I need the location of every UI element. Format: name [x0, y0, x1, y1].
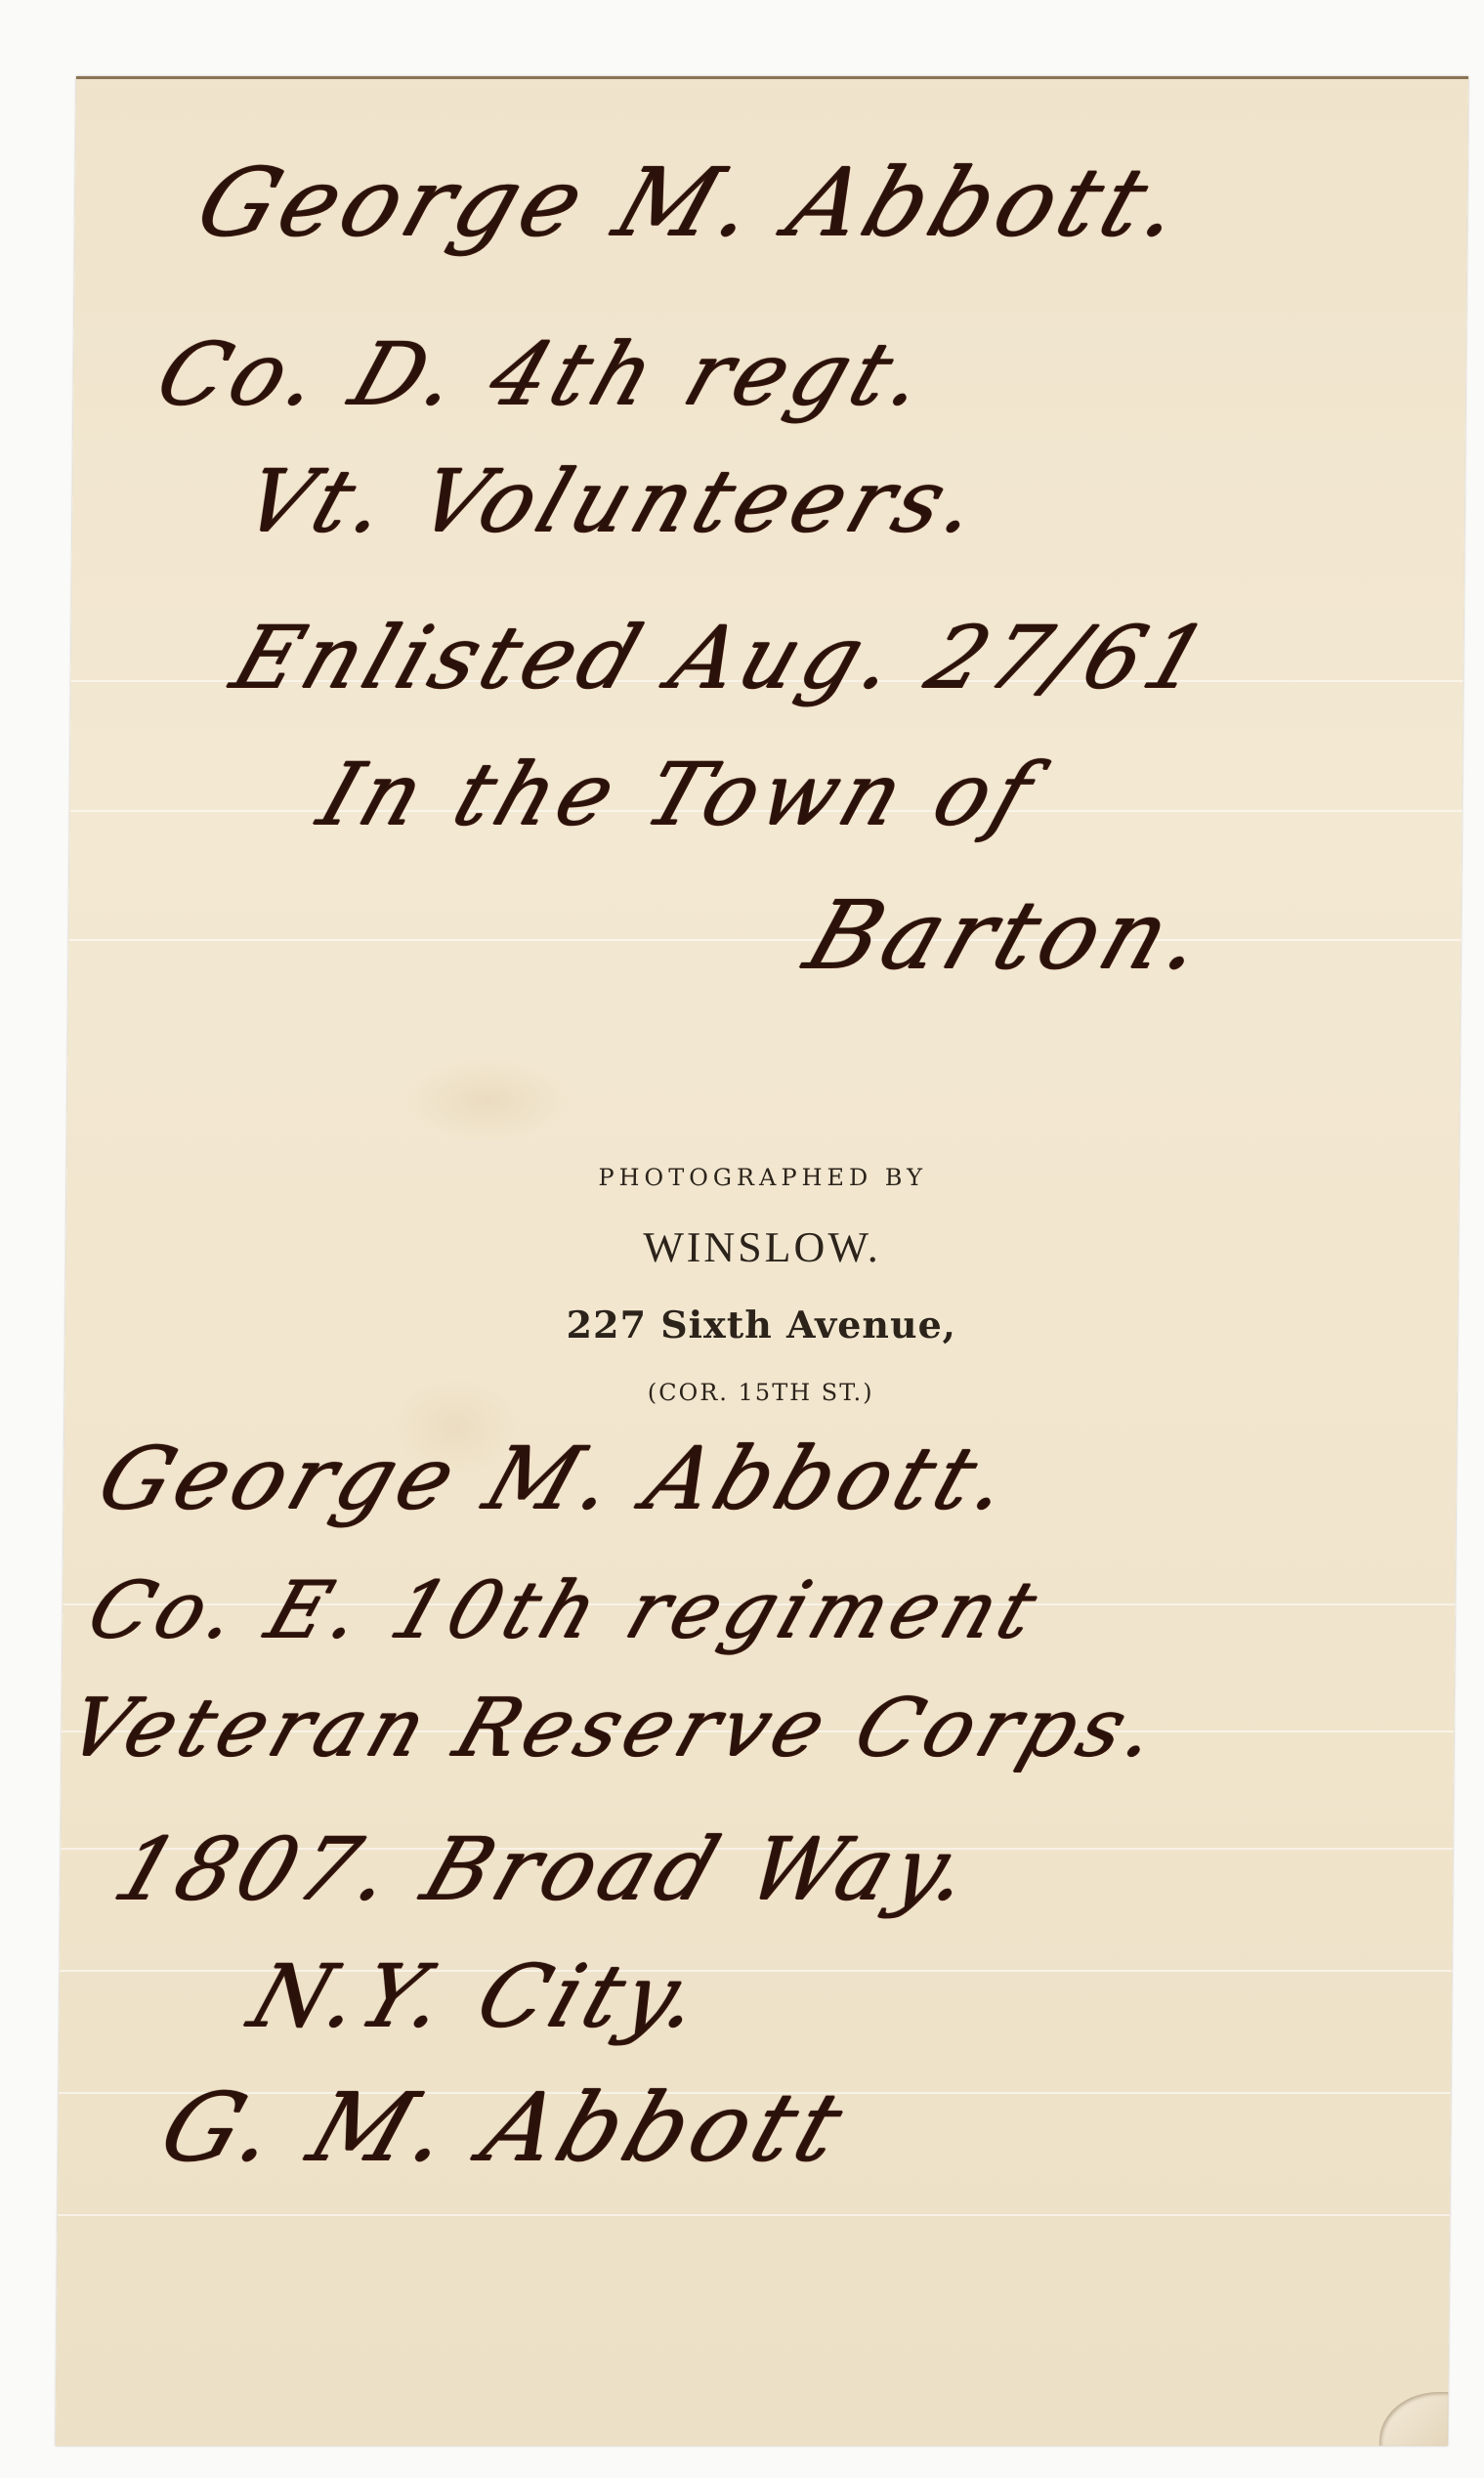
imprint-cross-street: (COR. 15TH ST.) — [64, 1379, 1457, 1406]
inscription-line: In the Town of — [307, 744, 1049, 844]
inscription-line: Co. E. 10th regiment — [77, 1564, 1053, 1655]
inscription-line: Barton. — [793, 880, 1225, 990]
inscription-line: George M. Abbott. — [86, 1428, 1028, 1528]
inscription-line: Enlisted Aug. 27/61 — [221, 607, 1226, 707]
inscription-line: 1807. Broad Way. — [103, 1818, 990, 1919]
signature: G. M. Abbott — [148, 2072, 861, 2182]
ruled-line — [58, 2214, 1450, 2216]
ruled-line — [68, 939, 1461, 941]
inscription-line: N.Y. City. — [238, 1945, 720, 2046]
inscription-line: Co. D. 4th regt. — [145, 323, 944, 424]
inscription-line: Veteran Reserve Corps. — [56, 1682, 1174, 1774]
imprint-studio-name: WINSLOW. — [65, 1222, 1458, 1272]
bent-corner — [1379, 2392, 1448, 2446]
photo-card-back: George M. Abbott. Co. D. 4th regt. Vt. V… — [56, 76, 1468, 2446]
inscription-line: George M. Abbott. — [184, 148, 1202, 257]
inscription-line: Vt. Volunteers. — [232, 450, 997, 551]
imprint-address: 227 Sixth Avenue, — [65, 1303, 1458, 1346]
imprint-label: PHOTOGRAPHED BY — [66, 1164, 1459, 1191]
